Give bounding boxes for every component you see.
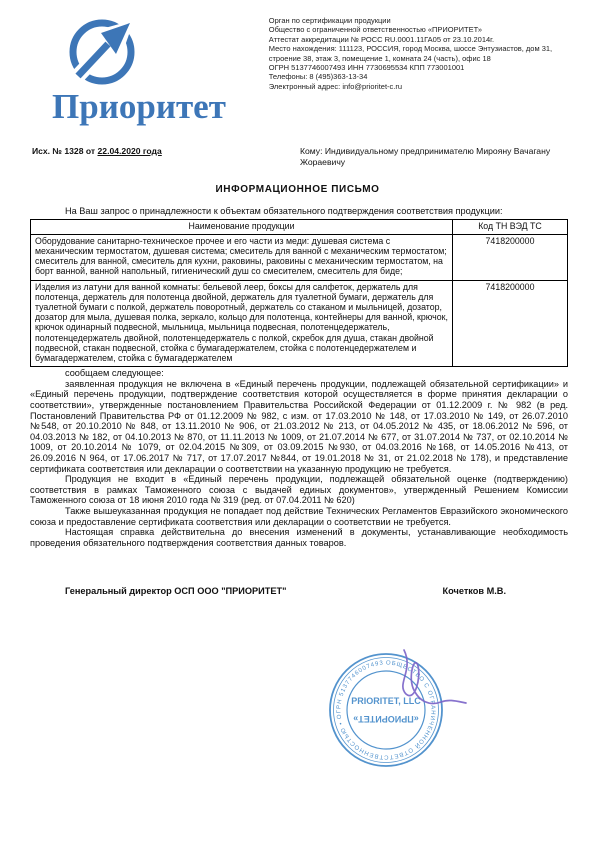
outgoing-ref: Исх. № 1328 от 22.04.2020 года <box>32 146 162 167</box>
outgoing-ref-number: Исх. № 1328 от <box>32 146 98 156</box>
round-stamp-icon: ОБЩЕСТВО С ОГРАНИЧЕННОЙ ОТВЕТСТВЕННОСТЬЮ… <box>300 642 490 792</box>
table-row: Оборудование санитарно-техническое проче… <box>31 234 568 280</box>
product-name-cell: Оборудование санитарно-техническое проче… <box>31 234 453 280</box>
org-line-email: Электронный адрес: info@prioritet-c.ru <box>269 82 569 91</box>
tnved-code-cell: 7418200000 <box>453 280 568 367</box>
reference-row: Исх. № 1328 от 22.04.2020 года Кому: Инд… <box>32 146 568 167</box>
letterhead: Приоритет Орган по сертификации продукци… <box>52 16 569 127</box>
paragraph-technical-regulations: Также вышеуказанная продукция не попадае… <box>30 506 568 527</box>
svg-text:ОБЩЕСТВО С ОГРАНИЧЕННОЙ ОТВЕТС: ОБЩЕСТВО С ОГРАНИЧЕННОЙ ОТВЕТСТВЕННОСТЬЮ… <box>300 642 436 760</box>
paragraph-validity: Настоящая справка действительна до внесе… <box>30 527 568 548</box>
stamp-center-line2: «ПРИОРИТЕТ» <box>353 714 418 724</box>
paragraph-customs-union: Продукция не входит в «Единый перечень п… <box>30 474 568 506</box>
logo-wordmark: Приоритет <box>52 87 269 127</box>
stamp-ring-text: ОБЩЕСТВО С ОГРАНИЧЕННОЙ ОТВЕТСТВЕННОСТЬЮ… <box>300 642 436 760</box>
intro-paragraph: На Ваш запрос о принадлежности к объекта… <box>30 206 568 217</box>
after-table-line: сообщаем следующее: <box>30 368 568 379</box>
org-line-accreditation: Аттестат аккредитации № РОСС RU.0001.11Г… <box>269 35 569 44</box>
tnved-code-cell: 7418200000 <box>453 234 568 280</box>
company-logo: Приоритет <box>52 16 269 127</box>
handwritten-signature-icon <box>403 650 466 703</box>
products-table: Наименование продукции Код ТН ВЭД ТС Обо… <box>30 219 568 368</box>
product-name-cell: Изделия из латуни для ванной комнаты: бе… <box>31 280 453 367</box>
paragraph-certification-list: заявленная продукция не включена в «Един… <box>30 379 568 474</box>
stamp-center-line1: PRIORITET, LLC <box>351 696 421 706</box>
logo-arrow-circle-icon <box>52 16 152 88</box>
letter-page: Приоритет Орган по сертификации продукци… <box>0 0 595 842</box>
signer-name: Кочетков М.В. <box>443 586 569 597</box>
table-row: Изделия из латуни для ванной комнаты: бе… <box>31 280 568 367</box>
addressee-label: Кому: <box>300 146 325 156</box>
column-header-tnved-code: Код ТН ВЭД ТС <box>453 219 568 234</box>
signature-row: Генеральный директор ОСП ООО "ПРИОРИТЕТ"… <box>30 586 568 597</box>
letter-body: На Ваш запрос о принадлежности к объекта… <box>30 206 568 597</box>
letter-title: ИНФОРМАЦИОННОЕ ПИСЬМО <box>0 184 595 195</box>
org-line-certbody: Орган по сертификации продукции <box>269 16 569 25</box>
table-header-row: Наименование продукции Код ТН ВЭД ТС <box>31 219 568 234</box>
org-line-ogrn: ОГРН 5137746007493 ИНН 7730695534 КПП 77… <box>269 63 569 72</box>
column-header-product-name: Наименование продукции <box>31 219 453 234</box>
addressee-block: Кому: Индивидуальному предпринимателю Ми… <box>300 146 568 167</box>
addressee-name: Индивидуальному предпринимателю Мирояну … <box>300 146 550 167</box>
org-line-address: Место нахождения: 111123, РОССИЯ, город … <box>269 44 569 63</box>
signer-position: Генеральный директор ОСП ООО "ПРИОРИТЕТ" <box>30 586 286 597</box>
org-info-block: Орган по сертификации продукции Общество… <box>269 16 569 127</box>
outgoing-ref-date: 22.04.2020 года <box>98 146 162 156</box>
stamp-and-signature: ОБЩЕСТВО С ОГРАНИЧЕННОЙ ОТВЕТСТВЕННОСТЬЮ… <box>300 642 490 792</box>
org-line-name: Общество с ограниченной ответственностью… <box>269 25 569 34</box>
org-line-phone: Телефоны: 8 (495)363-13-34 <box>269 72 569 81</box>
